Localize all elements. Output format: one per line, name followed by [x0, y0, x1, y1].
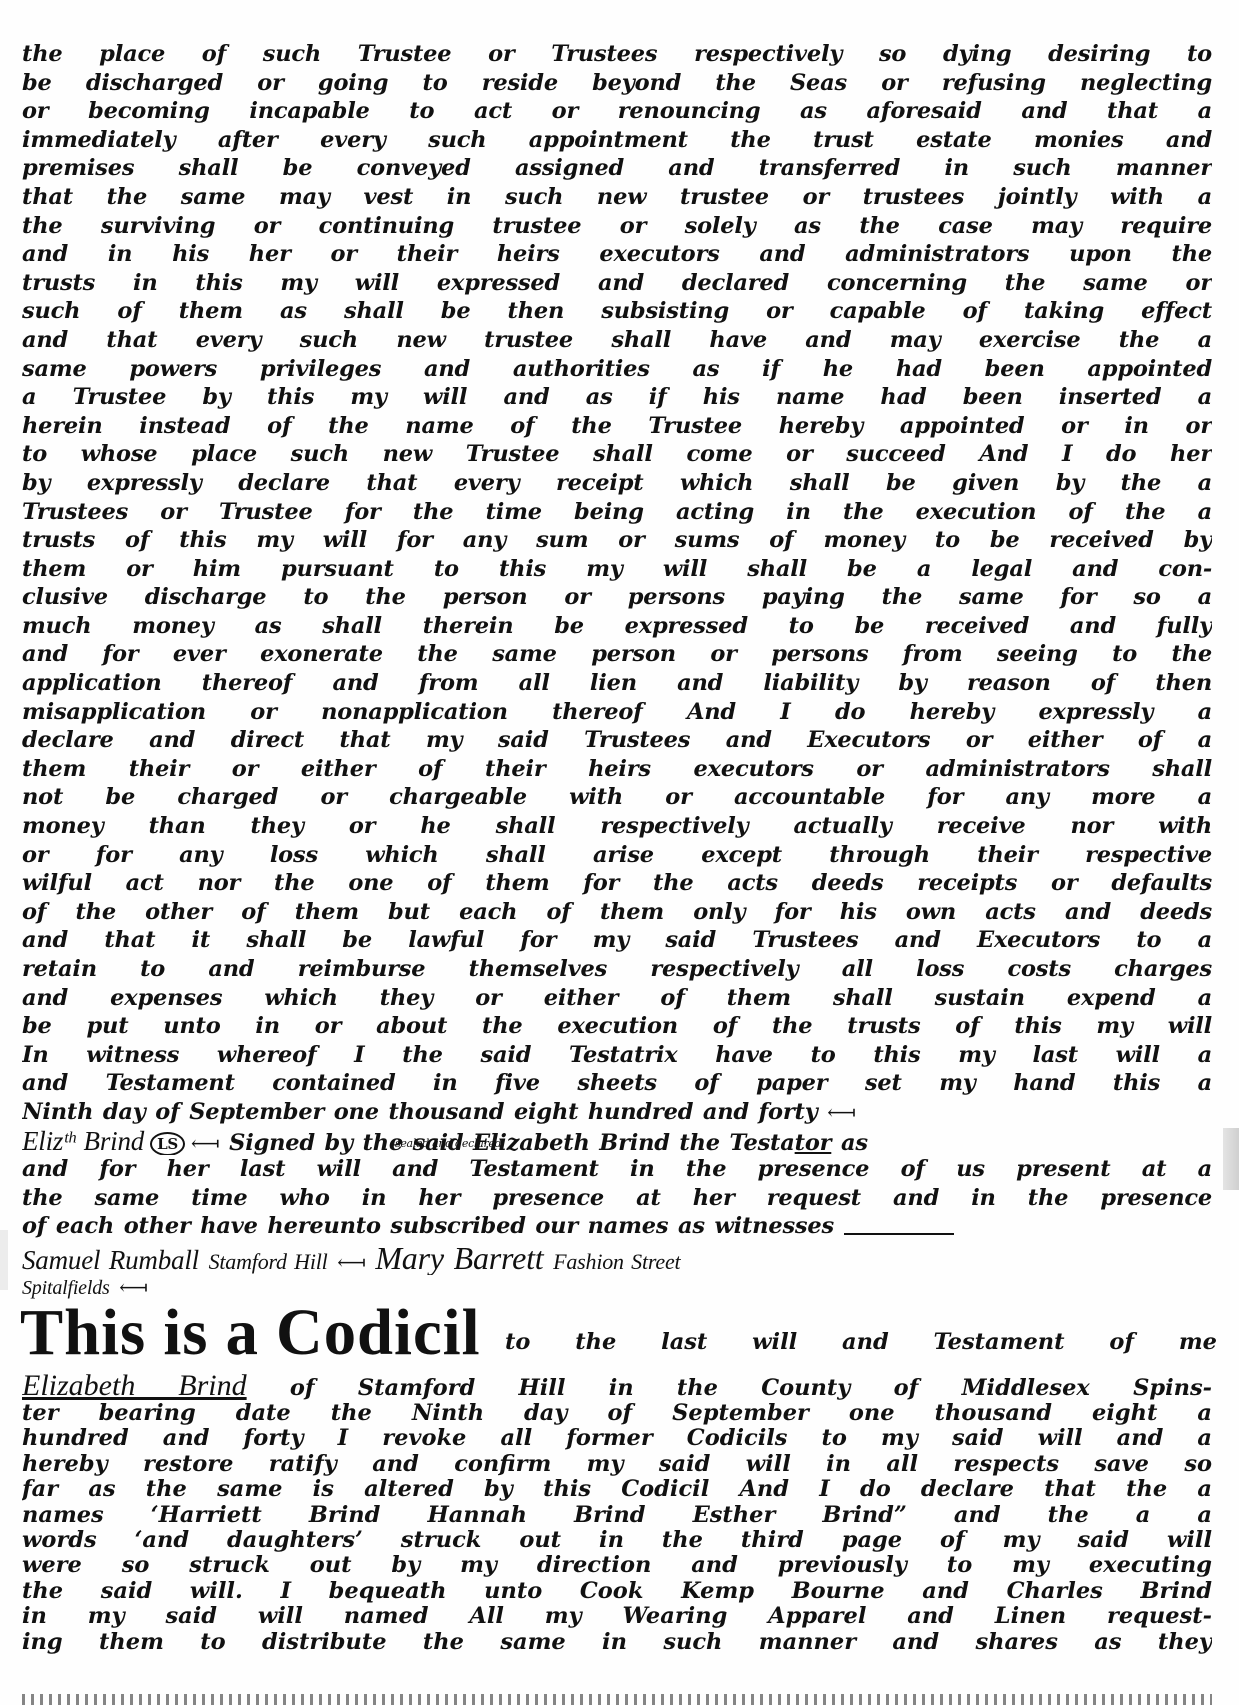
- will-line: trusts of this my will for any sum or su…: [22, 526, 1212, 555]
- document-page: the place of such Trustee or Trustees re…: [0, 0, 1239, 1705]
- will-line: money than they or he shall respectively…: [22, 812, 1212, 841]
- will-line: and in his her or their heirs executors …: [22, 240, 1212, 269]
- will-line: much money as shall therein be expressed…: [22, 612, 1212, 641]
- codicil-line: names ‘Harriett Brind Hannah Brind Esthe…: [22, 1503, 1212, 1528]
- line-end-mark-icon: ⟻: [191, 1129, 219, 1156]
- codicil-line: far as the same is altered by this Codic…: [22, 1477, 1212, 1502]
- codicil-heading: This is a Codicil: [20, 1300, 481, 1366]
- codicil-body: Elizabeth Brind of Stamford Hill in the …: [22, 1371, 1212, 1655]
- will-line: them or him pursuant to this my will sha…: [22, 555, 1212, 584]
- codicil-first-line: to the last will and Testament of me: [505, 1328, 1217, 1356]
- will-line: same powers privileges and authorities a…: [22, 355, 1212, 384]
- will-line: to whose place such new Trustee shall co…: [22, 440, 1212, 469]
- will-line: and for ever exonerate the same person o…: [22, 640, 1212, 669]
- codicil-line: hundred and forty I revoke all former Co…: [22, 1426, 1212, 1451]
- will-line: be put unto in or about the execution of…: [22, 1012, 1212, 1041]
- will-line: and that it shall be lawful for my said …: [22, 926, 1212, 955]
- will-line: application thereof and from all lien an…: [22, 669, 1212, 698]
- signed-text: Signed by the said Elizabeth Brind the T…: [229, 1130, 794, 1156]
- line-end-mark-icon: ⟻: [337, 1245, 365, 1275]
- attestation-text: of each other have hereunto subscribed o…: [22, 1213, 834, 1239]
- witness-2-name: Mary Barrett: [375, 1241, 543, 1275]
- attestation-line-last: of each other have hereunto subscribed o…: [22, 1212, 1212, 1241]
- will-body: the place of such Trustee or Trustees re…: [22, 40, 1212, 1299]
- codicil-line: in my said will named All my Wearing App…: [22, 1604, 1212, 1629]
- will-line: or becoming incapable to act or renounci…: [22, 97, 1212, 126]
- line-filler-rule: [844, 1219, 954, 1235]
- will-line: and Testament contained in five sheets o…: [22, 1069, 1212, 1098]
- attestation-line: the same time who in her presence at her…: [22, 1184, 1212, 1213]
- will-line: misapplication or nonapplication thereof…: [22, 698, 1212, 727]
- next-line-bleed: [22, 1694, 1212, 1705]
- will-line: Trustees or Trustee for the time being a…: [22, 498, 1212, 527]
- codicil-line: were so struck out by my direction and p…: [22, 1553, 1212, 1578]
- witness-1-address: Stamford Hill: [209, 1249, 328, 1274]
- will-line: of the other of them but each of them on…: [22, 898, 1212, 927]
- will-line: or for any loss which shall arise except…: [22, 841, 1212, 870]
- will-line: them their or either of their heirs exec…: [22, 755, 1212, 784]
- will-line: and expenses which they or either of the…: [22, 984, 1212, 1013]
- line-end-mark-icon: ⟻: [827, 1098, 855, 1127]
- codicil-line: hereby restore ratify and confirm my sai…: [22, 1452, 1212, 1477]
- will-line: wilful act nor the one of them for the a…: [22, 869, 1212, 898]
- will-line: retain to and reimburse themselves respe…: [22, 955, 1212, 984]
- will-line: a Trustee by this my will and as if his …: [22, 383, 1212, 412]
- attestation-line: and for her last will and Testament in t…: [22, 1155, 1212, 1184]
- will-line: the place of such Trustee or Trustees re…: [22, 40, 1212, 69]
- will-line: be discharged or going to reside beyond …: [22, 69, 1212, 98]
- will-line: not be charged or chargeable with or acc…: [22, 783, 1212, 812]
- codicil-line: the said will. I bequeath unto Cook Kemp…: [22, 1579, 1212, 1604]
- will-line: the surviving or continuing trustee or s…: [22, 212, 1212, 241]
- codicil-testatrix-name: Elizabeth Brind: [22, 1371, 247, 1401]
- page-margin-shadow: [0, 1230, 8, 1290]
- will-line: clusive discharge to the person or perso…: [22, 583, 1212, 612]
- witness-1-name: Samuel Rumball: [22, 1245, 199, 1275]
- codicil-name-line: Elizabeth Brind of Stamford Hill in the …: [22, 1371, 1212, 1401]
- signed-text-end: as: [841, 1130, 868, 1156]
- date-line: Ninth day of September one thousand eigh…: [22, 1098, 1212, 1127]
- codicil-name-rest: of Stamford Hill in the County of Middle…: [290, 1375, 1212, 1401]
- will-line: that the same may vest in such new trust…: [22, 183, 1212, 212]
- codicil-line: words ‘and daughters’ struck out in the …: [22, 1528, 1212, 1553]
- will-line: premises shall be conveyed assigned and …: [22, 154, 1212, 183]
- page-edge-shadow: [1223, 1128, 1239, 1190]
- will-line: by expressly declare that every receipt …: [22, 469, 1212, 498]
- will-line: herein instead of the name of the Truste…: [22, 412, 1212, 441]
- codicil-line: ing them to distribute the same in such …: [22, 1630, 1212, 1655]
- date-text: Ninth day of September one thousand eigh…: [22, 1099, 818, 1125]
- will-line: and that every such new trustee shall ha…: [22, 326, 1212, 355]
- witness-line: Samuel Rumball Stamford Hill ⟻ Mary Barr…: [22, 1241, 1212, 1275]
- will-line: immediately after every such appointment…: [22, 126, 1212, 155]
- codicil-line: ter bearing date the Ninth day of Septem…: [22, 1401, 1212, 1426]
- will-line: In witness whereof I the said Testatrix …: [22, 1041, 1212, 1070]
- will-line: declare and direct that my said Trustees…: [22, 726, 1212, 755]
- underlined-text: tor: [795, 1130, 832, 1156]
- interlined-insertion: sealed and declared: [395, 1137, 501, 1150]
- witness-2-address: Fashion Street: [553, 1249, 680, 1274]
- will-line: trusts in this my will expressed and dec…: [22, 269, 1212, 298]
- seal-icon: LS: [150, 1132, 185, 1156]
- testatrix-signature: Elizᵗʰ Brind: [22, 1127, 144, 1156]
- signature-line: Elizᵗʰ BrindLS⟻ Signed by the said Eliza…: [22, 1127, 1212, 1156]
- will-line: such of them as shall be then subsisting…: [22, 297, 1212, 326]
